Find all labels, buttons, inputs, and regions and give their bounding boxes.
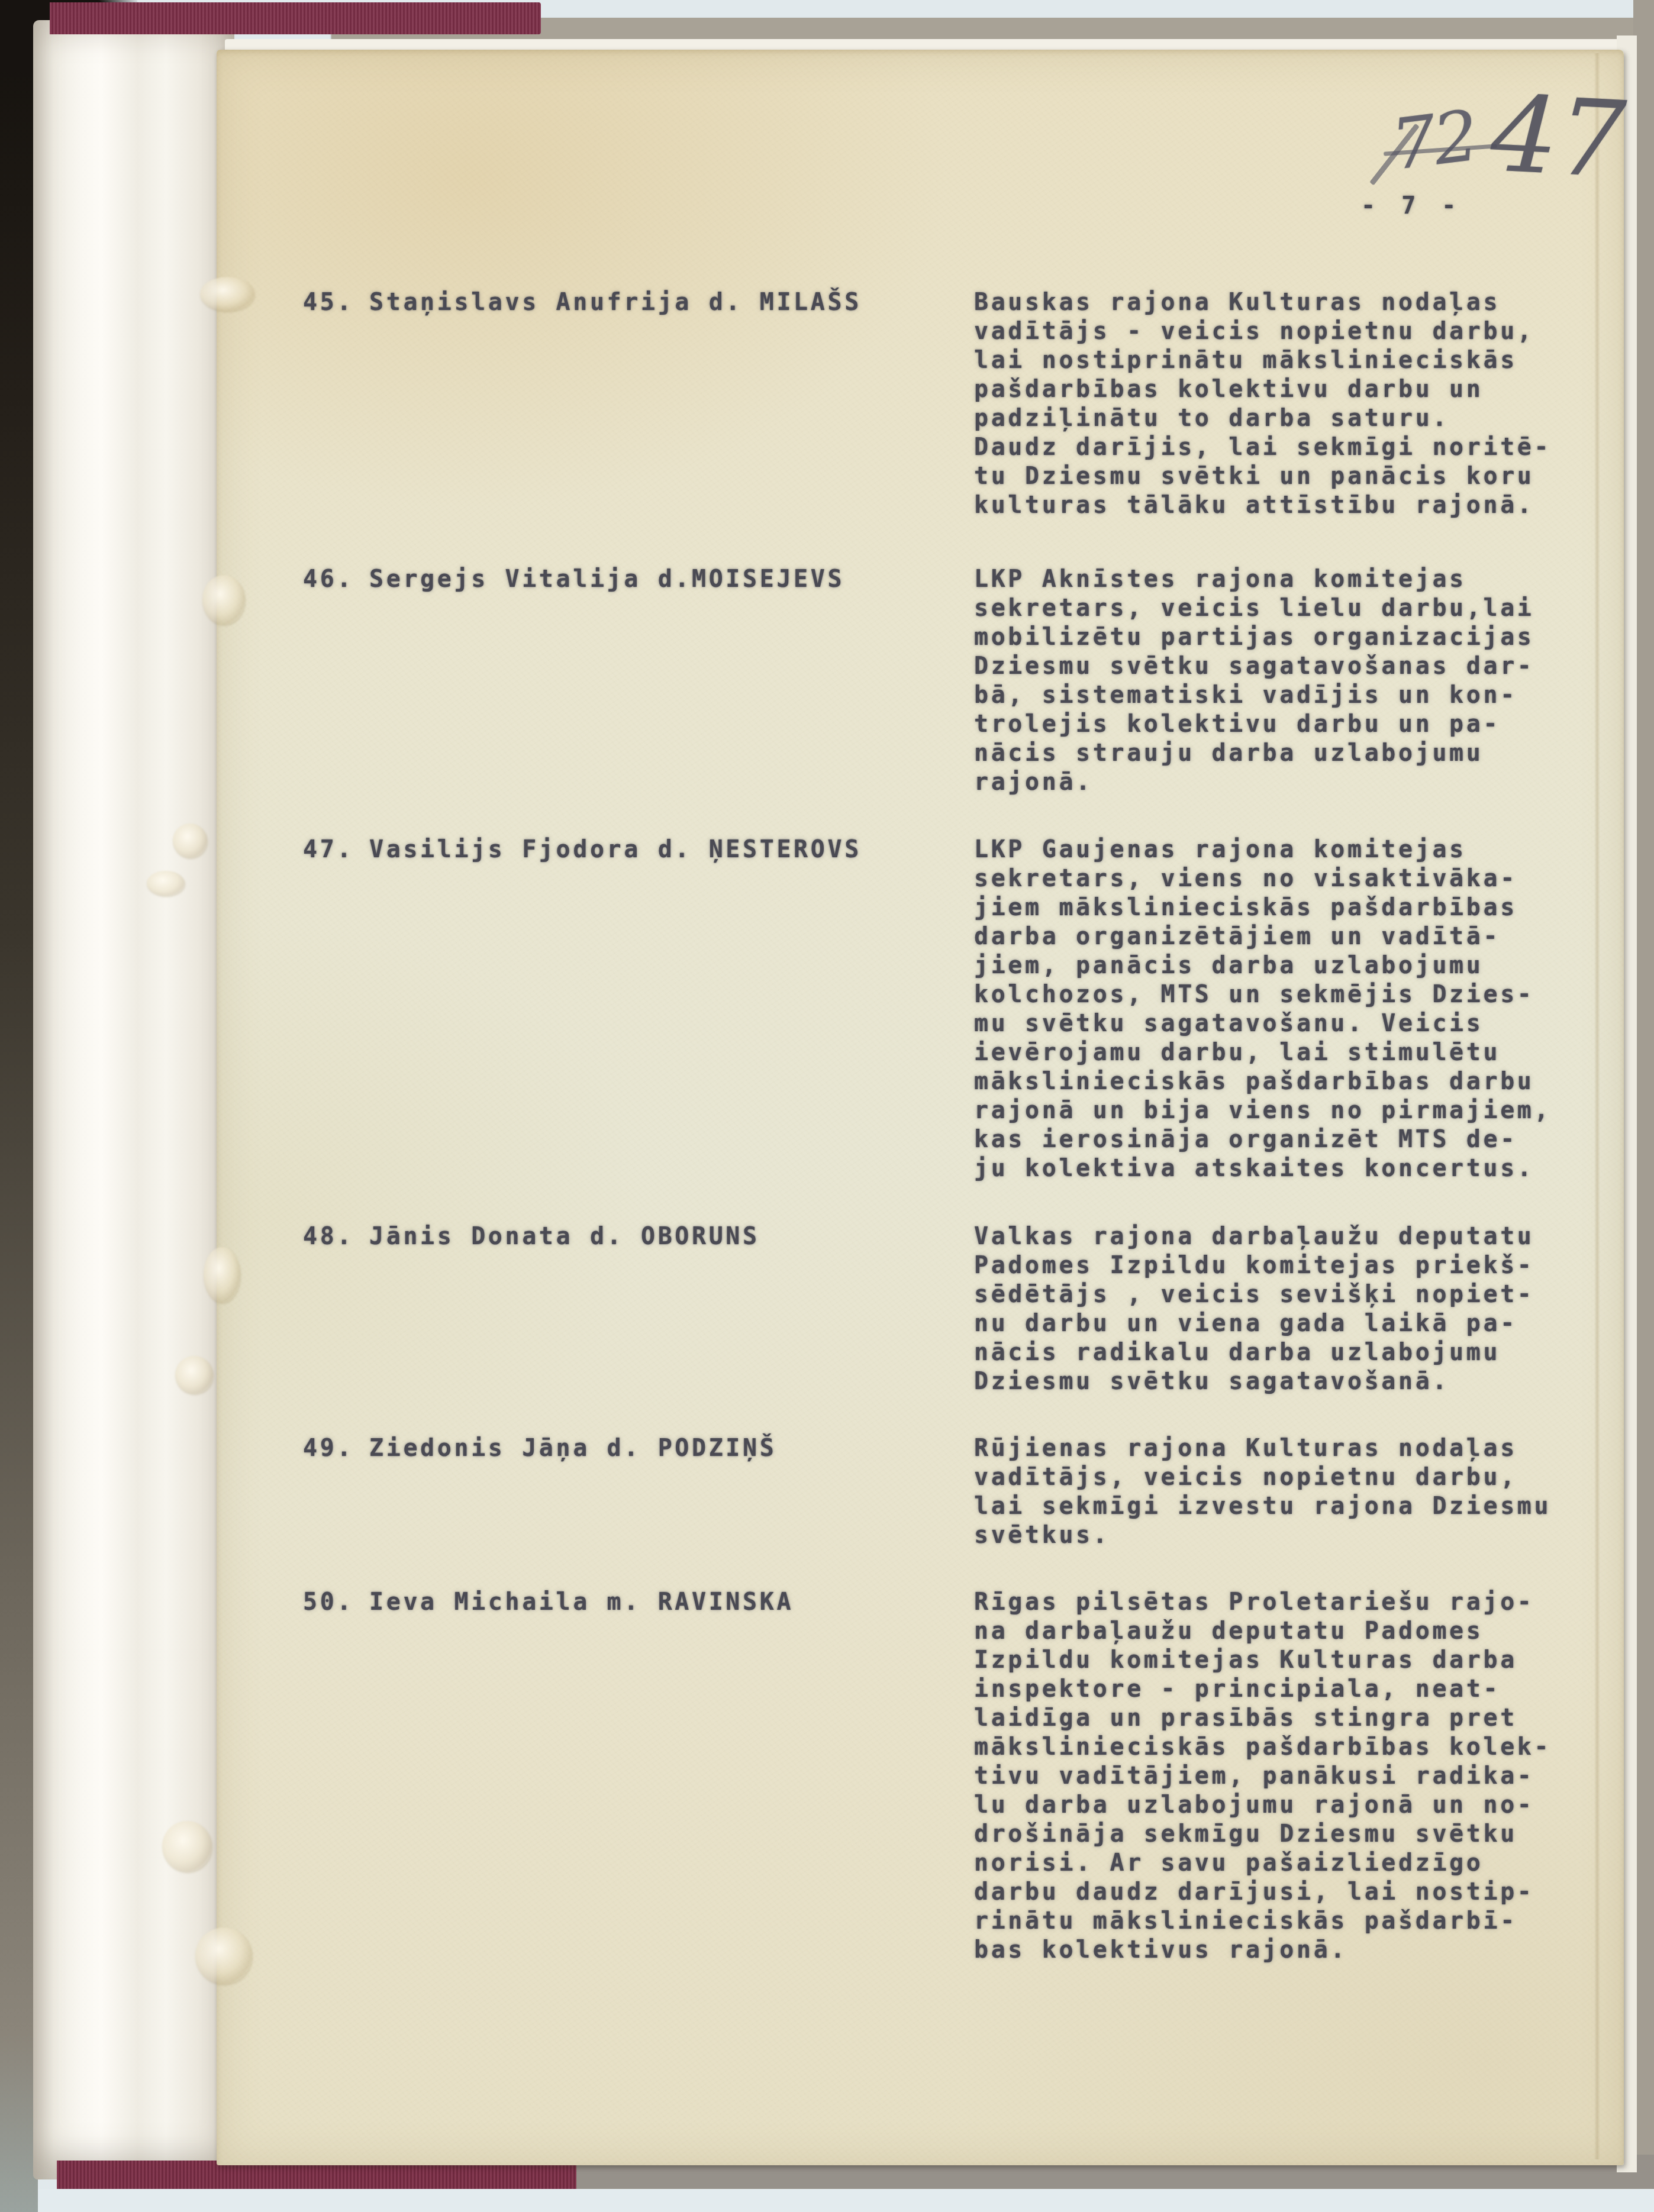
page-number: - 7 - [1361,192,1462,221]
entry-description: LKP Aknīstes rajona komitejas sekretars,… [974,565,1649,797]
entry-number: 46. [303,565,354,594]
paper-dent [175,1356,213,1394]
scan-background: { "document": { "folio": { "old_number":… [0,0,1654,2212]
book-spine-shadow [0,0,38,2212]
entry-name: Staņislavs Anufrija d. MILAŠS [369,288,862,317]
entry-heading: 46. Sergejs Vitalija d.MOISEJEVS [303,565,844,594]
entry-heading: 50. Ieva Michaila m. RAVINSKA [303,1588,794,1617]
entry-description: Rūjienas rajona Kulturas nodaļas vadītāj… [974,1434,1649,1550]
entry-description: Rīgas pilsētas Proletariešu rajo- na dar… [974,1588,1649,1965]
entry-number: 47. [303,835,354,864]
entry-row: 49. Ziedonis Jāņa d. PODZIŅŠ Rūjienas ra… [0,1434,1654,1440]
entry-number: 45. [303,288,354,317]
entry-row: 48. Jānis Donata d. OBORUNS Valkas rajon… [0,1222,1654,1228]
entry-row: 47. Vasilijs Fjodora d. ŅESTEROVS LKP Ga… [0,835,1654,841]
entry-heading: 49. Ziedonis Jāņa d. PODZIŅŠ [303,1434,776,1463]
cloth-binding-top [50,2,541,34]
entry-row: 50. Ieva Michaila m. RAVINSKA Rīgas pils… [0,1588,1654,1594]
entry-number: 48. [303,1222,354,1251]
entry-row: 46. Sergejs Vitalija d.MOISEJEVS LKP Akn… [0,565,1654,571]
entry-number: 49. [303,1434,354,1463]
paper-dent [147,871,185,896]
entry-number: 50. [303,1588,354,1617]
entry-heading: 48. Jānis Donata d. OBORUNS [303,1222,760,1251]
paper-dent [195,1927,252,1984]
entry-name: Jānis Donata d. OBORUNS [369,1222,760,1251]
paper-dent [200,277,254,311]
entry-description: Valkas rajona darbaļaužu deputatu Padome… [974,1222,1649,1396]
entry-description: LKP Gaujenas rajona komitejas sekretars,… [974,835,1649,1183]
entry-name: Vasilijs Fjodora d. ŅESTEROVS [369,835,862,864]
entry-name: Ziedonis Jāņa d. PODZIŅŠ [369,1434,776,1463]
paper-dent [204,1247,240,1303]
entry-heading: 47. Vasilijs Fjodora d. ŅESTEROVS [303,835,862,864]
scanner-bed-strip [0,2189,1654,2212]
entry-heading: 45. Staņislavs Anufrija d. MILAŠS [303,288,862,317]
entry-name: Ieva Michaila m. RAVINSKA [369,1588,794,1617]
entry-description: Bauskas rajona Kulturas nodaļas vadītājs… [974,288,1649,520]
paper-dent [162,1821,212,1872]
entry-row: 45. Staņislavs Anufrija d. MILAŠS Bauska… [0,288,1654,294]
entry-name: Sergejs Vitalija d.MOISEJEVS [369,565,844,594]
handwritten-folio-new: 47 [1488,72,1629,202]
paper-dent [202,575,245,625]
